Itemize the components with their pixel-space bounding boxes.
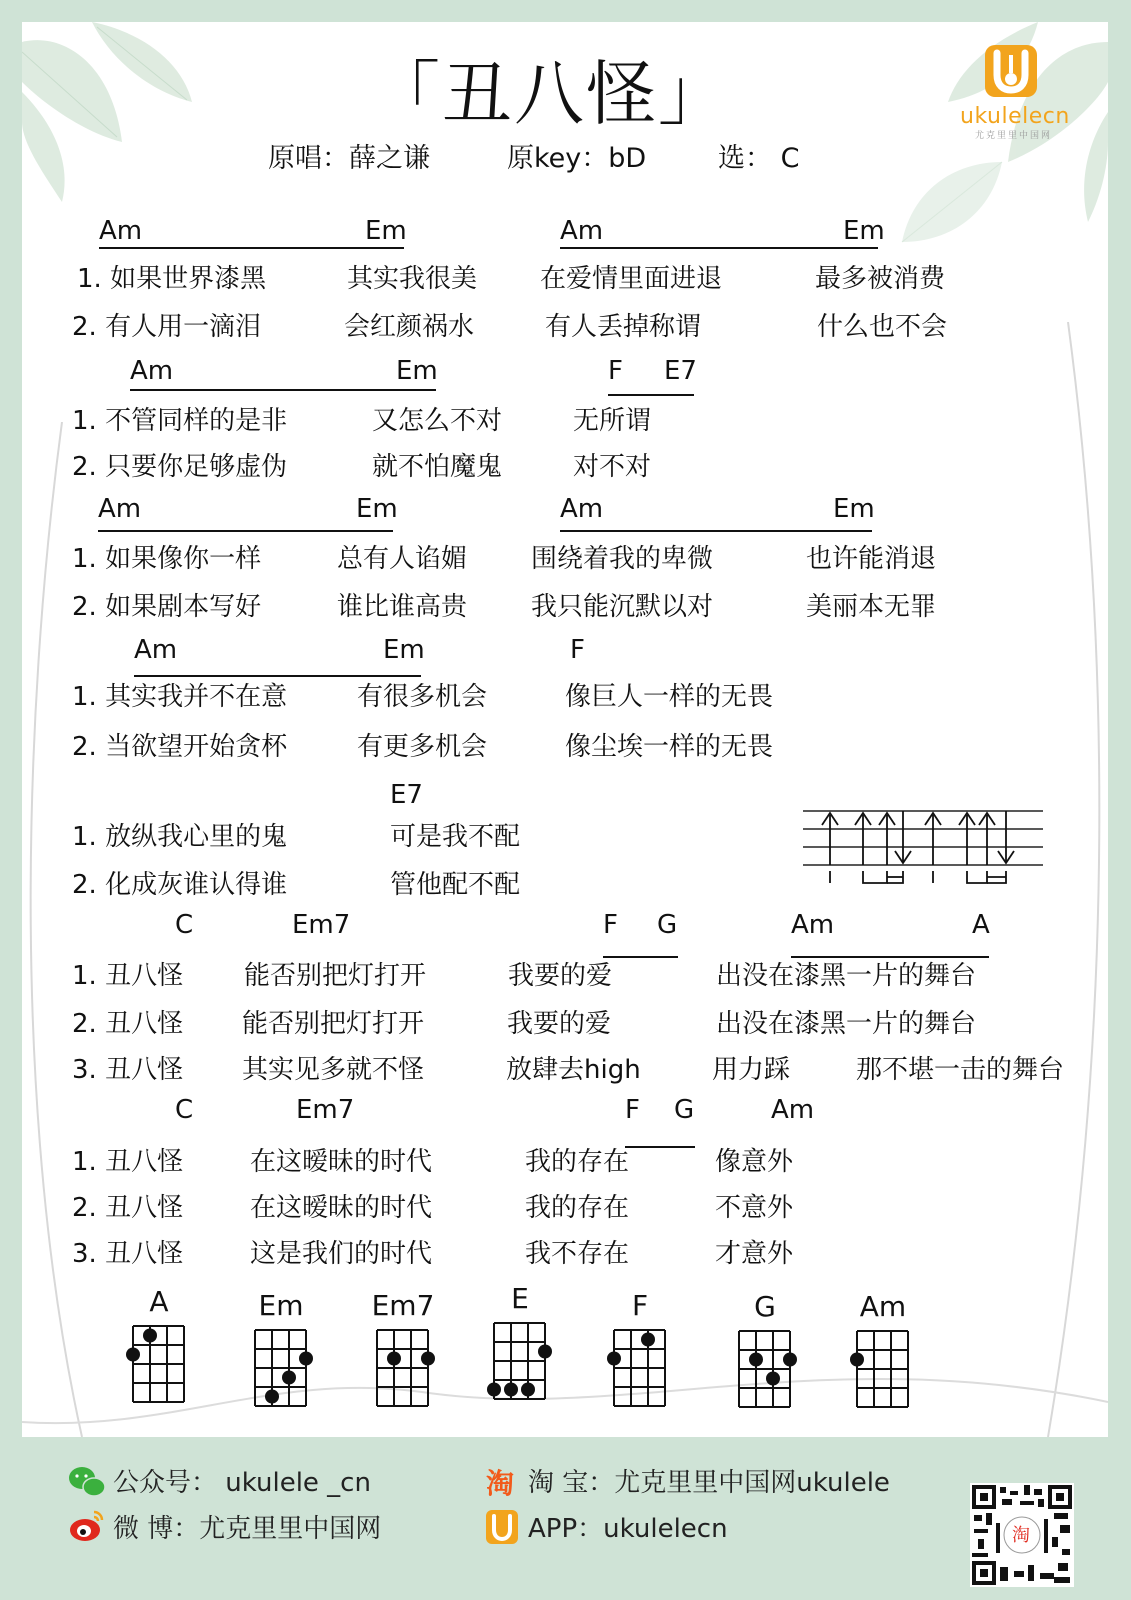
lyric-phrase: 能否别把灯打开: [244, 955, 426, 992]
fretboard-grid: [604, 1329, 676, 1413]
lyric-phrase: 有很多机会: [357, 676, 487, 713]
chord-diagram-name: E: [484, 1282, 556, 1315]
chord-label: Am: [560, 494, 603, 524]
lyric-phrase: 2. 化成灰谁认得谁: [72, 864, 287, 901]
chord-label: F: [625, 1095, 640, 1125]
lyric-phrase: 3. 丑八怪: [72, 1049, 183, 1086]
lyric-phrase: 2. 如果剧本写好: [72, 586, 261, 623]
chord-label: Em: [833, 494, 875, 524]
fretboard-grid: [245, 1329, 317, 1413]
lyric-phrase: 那不堪一击的舞台: [856, 1049, 1064, 1086]
qr-taobao-glyph: 淘: [1012, 1521, 1030, 1547]
lyric-phrase: 对不对: [573, 446, 651, 483]
lyric-phrase: 无所谓: [573, 400, 651, 437]
chord-diagram: G: [729, 1290, 801, 1414]
chord-diagram-name: G: [729, 1290, 801, 1323]
lyric-phrase: 有更多机会: [357, 726, 487, 763]
chord-underline: [560, 530, 872, 532]
lyric-phrase: 这是我们的时代: [250, 1233, 432, 1270]
chord-label: G: [674, 1095, 694, 1125]
lyric-phrase: 在这暧昧的时代: [250, 1141, 432, 1178]
chord-label: G: [657, 910, 677, 940]
chord-label: E7: [664, 356, 697, 386]
chord-diagram: Am: [847, 1290, 919, 1414]
chord-label: Em: [383, 635, 425, 665]
chord-label: E7: [390, 780, 423, 810]
leaf-decoration-top-left: [22, 22, 222, 202]
lyric-phrase: 谁比谁高贵: [337, 586, 467, 623]
lyric-phrase: 1. 其实我并不在意: [72, 676, 287, 713]
lyric-phrase: 我要的爱: [508, 955, 612, 992]
strum-pattern-diagram: [803, 805, 1043, 885]
lyric-phrase: 其实见多就不怪: [242, 1049, 424, 1086]
lyric-phrase: 其实我很美: [347, 258, 477, 295]
fretboard-grid: [729, 1330, 801, 1414]
lyric-phrase: 1. 丑八怪: [72, 1141, 183, 1178]
fretboard-grid: [484, 1322, 556, 1406]
lyric-phrase: 1. 如果像你一样: [72, 538, 261, 575]
lyric-phrase: 3. 丑八怪: [72, 1233, 183, 1270]
ukulele-u-icon: [985, 45, 1037, 97]
chord-label: Em7: [292, 910, 350, 940]
chord-diagram-name: Em: [245, 1289, 317, 1322]
chord-label: Am: [791, 910, 834, 940]
lyric-phrase: 1. 丑八怪: [72, 955, 183, 992]
chord-label: Am: [771, 1095, 814, 1125]
chord-label: Am: [130, 356, 173, 386]
lyric-phrase: 放肆去high: [506, 1049, 641, 1086]
weibo-account[interactable]: 微 博：尤克里里中国网: [113, 1508, 381, 1545]
qr-code[interactable]: 淘: [970, 1483, 1074, 1587]
lyric-phrase: 我不存在: [525, 1233, 629, 1270]
wechat-account[interactable]: 公众号： ukulele _cn: [113, 1462, 371, 1499]
lyric-phrase: 也许能消退: [806, 538, 936, 575]
logo-subtitle: 尤克里里中国网: [975, 128, 1052, 141]
lyric-phrase: 在这暧昧的时代: [250, 1187, 432, 1224]
chord-label: Am: [560, 216, 603, 246]
chord-label: Em: [365, 216, 407, 246]
chord-diagram: Em7: [367, 1289, 439, 1413]
lyric-phrase: 什么也不会: [817, 306, 947, 343]
chord-diagram-name: A: [123, 1285, 195, 1318]
lyric-phrase: 2. 丑八怪: [72, 1187, 183, 1224]
taobao-store[interactable]: 淘 宝：尤克里里中国网ukulele: [528, 1462, 890, 1499]
chord-label: F: [603, 910, 618, 940]
chord-label: Em7: [296, 1095, 354, 1125]
chord-diagram-name: Em7: [367, 1289, 439, 1322]
taobao-icon: 淘: [486, 1462, 514, 1502]
leaf-decoration-small: [892, 152, 1012, 252]
chord-diagram: A: [123, 1285, 195, 1409]
chord-underline: [608, 394, 694, 396]
lyric-phrase: 我要的爱: [507, 1003, 611, 1040]
chord-label: A: [972, 910, 990, 940]
chord-underline: [560, 247, 878, 249]
chord-label: Am: [98, 494, 141, 524]
lyric-phrase: 又怎么不对: [372, 400, 502, 437]
lyric-phrase: 1. 如果世界漆黑: [77, 258, 266, 295]
lyric-phrase: 出没在漆黑一片的舞台: [716, 1003, 976, 1040]
chord-label: F: [608, 356, 623, 386]
app-icon: [486, 1510, 518, 1544]
chord-diagram-name: F: [604, 1289, 676, 1322]
chord-label: C: [175, 1095, 193, 1125]
lyric-phrase: 像意外: [715, 1141, 793, 1178]
lyric-phrase: 2. 当欲望开始贪杯: [72, 726, 287, 763]
lyric-phrase: 1. 放纵我心里的鬼: [72, 816, 287, 853]
chord-diagram: E: [484, 1282, 556, 1406]
lyric-phrase: 我的存在: [525, 1187, 629, 1224]
lyric-phrase: 2. 丑八怪: [72, 1003, 183, 1040]
weibo-icon: [68, 1508, 106, 1544]
lyric-phrase: 不意外: [715, 1187, 793, 1224]
lyric-phrase: 最多被消费: [815, 258, 945, 295]
lyric-phrase: 会红颜祸水: [344, 306, 474, 343]
lyric-phrase: 就不怕魔鬼: [372, 446, 502, 483]
lyric-phrase: 能否别把灯打开: [242, 1003, 424, 1040]
chord-label: Em: [356, 494, 398, 524]
logo-wordmark: ukulelecn: [960, 104, 1070, 129]
lyric-phrase: 在爱情里面进退: [540, 258, 722, 295]
chord-underline: [130, 389, 436, 391]
lyric-phrase: 可是我不配: [390, 816, 520, 853]
lyric-phrase: 2. 有人用一滴泪: [72, 306, 261, 343]
lyric-phrase: 我的存在: [525, 1141, 629, 1178]
chord-label: Am: [134, 635, 177, 665]
chord-underline: [625, 1146, 695, 1148]
chord-diagram: Em: [245, 1289, 317, 1413]
lyric-phrase: 才意外: [715, 1233, 793, 1270]
wechat-icon: [68, 1465, 106, 1499]
chord-label: Am: [99, 216, 142, 246]
chord-label: Em: [843, 216, 885, 246]
fretboard-grid: [367, 1329, 439, 1413]
singer-label: 原唱：薛之谦: [268, 136, 430, 175]
lyric-phrase: 2. 只要你足够虚伪: [72, 446, 287, 483]
lyric-phrase: 美丽本无罪: [806, 586, 936, 623]
fretboard-grid: [847, 1330, 919, 1414]
lyric-phrase: 管他配不配: [390, 864, 520, 901]
song-title: 「丑八怪」: [370, 38, 730, 139]
lyric-phrase: 像尘埃一样的无畏: [565, 726, 773, 763]
chord-underline: [603, 956, 678, 958]
chord-underline: [99, 247, 404, 249]
chord-diagram: F: [604, 1289, 676, 1413]
lyric-phrase: 围绕着我的卑微: [531, 538, 713, 575]
lyric-phrase: 总有人谄媚: [337, 538, 467, 575]
lyric-phrase: 我只能沉默以对: [531, 586, 713, 623]
lyric-phrase: 用力踩: [712, 1049, 790, 1086]
chord-diagram-name: Am: [847, 1290, 919, 1323]
chord-underline: [98, 530, 393, 532]
chord-label: F: [570, 635, 585, 665]
chord-label: Em: [396, 356, 438, 386]
original-key-label: 原key：bD: [507, 136, 646, 175]
lyric-phrase: 出没在漆黑一片的舞台: [716, 955, 976, 992]
lyric-phrase: 像巨人一样的无畏: [565, 676, 773, 713]
app-name[interactable]: APP：ukulelecn: [528, 1508, 728, 1545]
lyric-phrase: 有人丢掉称谓: [545, 306, 701, 343]
ukulelecn-logo: [985, 45, 1037, 97]
chord-label: C: [175, 910, 193, 940]
lyric-phrase: 1. 不管同样的是非: [72, 400, 287, 437]
selected-key-label: 选： C: [718, 136, 799, 175]
fretboard-grid: [123, 1325, 195, 1409]
